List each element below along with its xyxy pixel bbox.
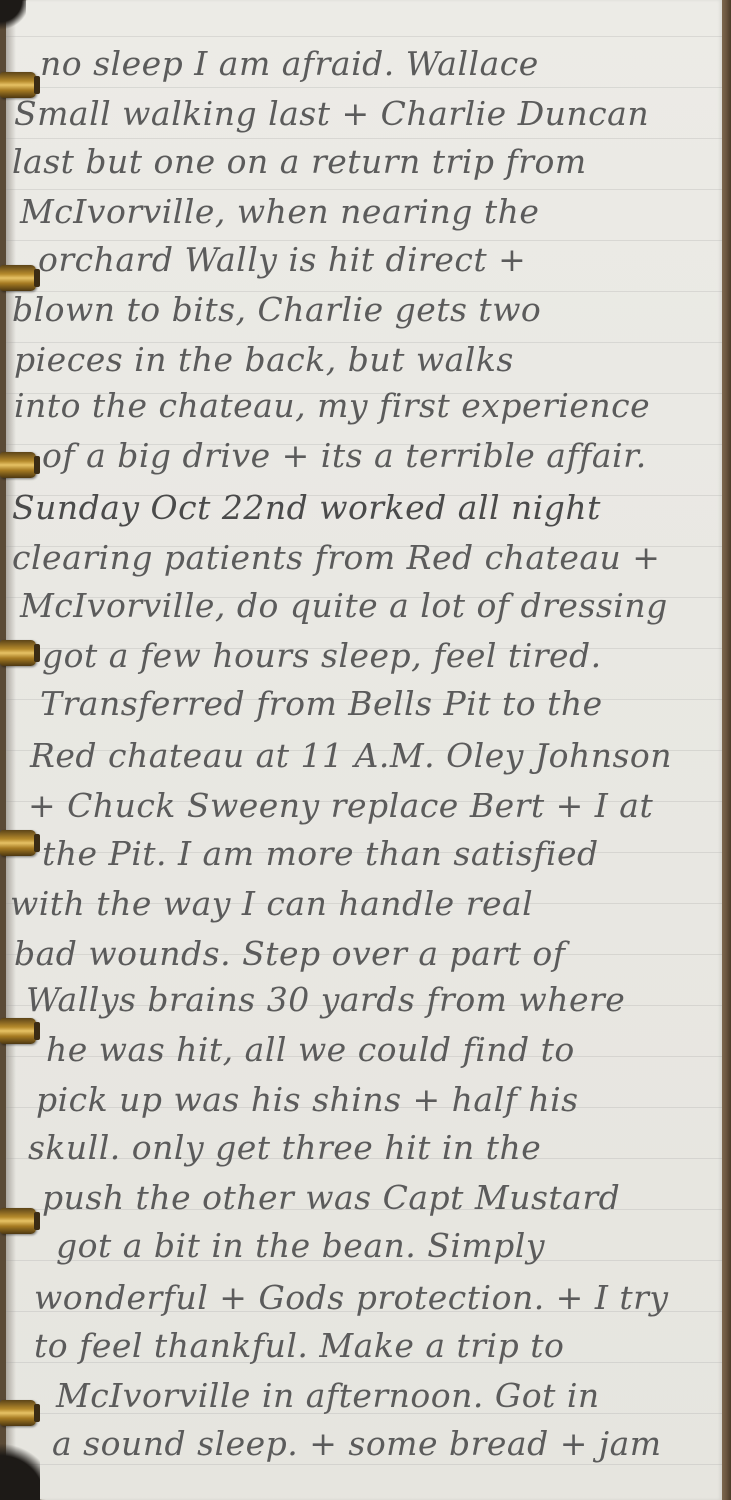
entry-line-5: orchard Wally is hit direct + xyxy=(38,240,526,279)
entry-line-16: + Chuck Sweeny replace Bert + I at xyxy=(28,786,653,825)
entry-line-4: McIvorville, when nearing the xyxy=(20,192,539,231)
entry-line-11: clearing patients from Red chateau + xyxy=(12,538,660,577)
spiral-ring-icon xyxy=(0,1208,36,1234)
entry-line-8: into the chateau, my first experience xyxy=(14,386,650,425)
spiral-ring-icon xyxy=(0,1018,36,1044)
spiral-ring-icon xyxy=(0,830,36,856)
spiral-ring-icon xyxy=(0,72,36,98)
entry-line-2: Small walking last + Charlie Duncan xyxy=(14,94,649,133)
entry-line-21: he was hit, all we could find to xyxy=(46,1030,575,1069)
spiral-ring-icon xyxy=(0,1400,36,1426)
entry-line-19: bad wounds. Step over a part of xyxy=(14,934,565,973)
entry-line-23: skull. only get three hit in the xyxy=(28,1128,541,1167)
entry-line-6: blown to bits, Charlie gets two xyxy=(12,290,541,329)
entry-line-27: to feel thankful. Make a trip to xyxy=(34,1326,564,1365)
spiral-ring-icon xyxy=(0,640,36,666)
entry-line-15: Red chateau at 11 A.M. Oley Johnson xyxy=(30,736,672,775)
page-corner-shadow-top xyxy=(0,0,26,30)
entry-line-1: no sleep I am afraid. Wallace xyxy=(40,44,539,83)
entry-line-10-date: Sunday Oct 22nd worked all night xyxy=(12,488,601,527)
spiral-ring-icon xyxy=(0,265,36,291)
entry-line-13: got a few hours sleep, feel tired. xyxy=(42,636,602,675)
entry-line-3: last but one on a return trip from xyxy=(12,142,587,181)
page-corner-shadow-bottom xyxy=(0,1430,40,1500)
entry-line-12: McIvorville, do quite a lot of dressing xyxy=(20,586,668,625)
diary-entry: no sleep I am afraid. Wallace Small walk… xyxy=(0,0,731,1500)
spiral-ring-icon xyxy=(0,452,36,478)
entry-line-29: a sound sleep. + some bread + jam xyxy=(52,1424,662,1463)
entry-line-25: got a bit in the bean. Simply xyxy=(56,1226,545,1265)
entry-line-28: McIvorville in afternoon. Got in xyxy=(56,1376,600,1415)
entry-line-14: Transferred from Bells Pit to the xyxy=(40,684,603,723)
entry-line-26: wonderful + Gods protection. + I try xyxy=(34,1278,669,1317)
entry-line-17: the Pit. I am more than satisfied xyxy=(42,834,599,873)
entry-line-18: with the way I can handle real xyxy=(10,884,533,923)
entry-line-7: pieces in the back, but walks xyxy=(14,340,514,379)
entry-line-22: pick up was his shins + half his xyxy=(36,1080,579,1119)
entry-line-9: of a big drive + its a terrible affair. xyxy=(42,436,647,475)
entry-line-24: push the other was Capt Mustard xyxy=(42,1178,620,1217)
entry-line-20: Wallys brains 30 yards from where xyxy=(26,980,625,1019)
